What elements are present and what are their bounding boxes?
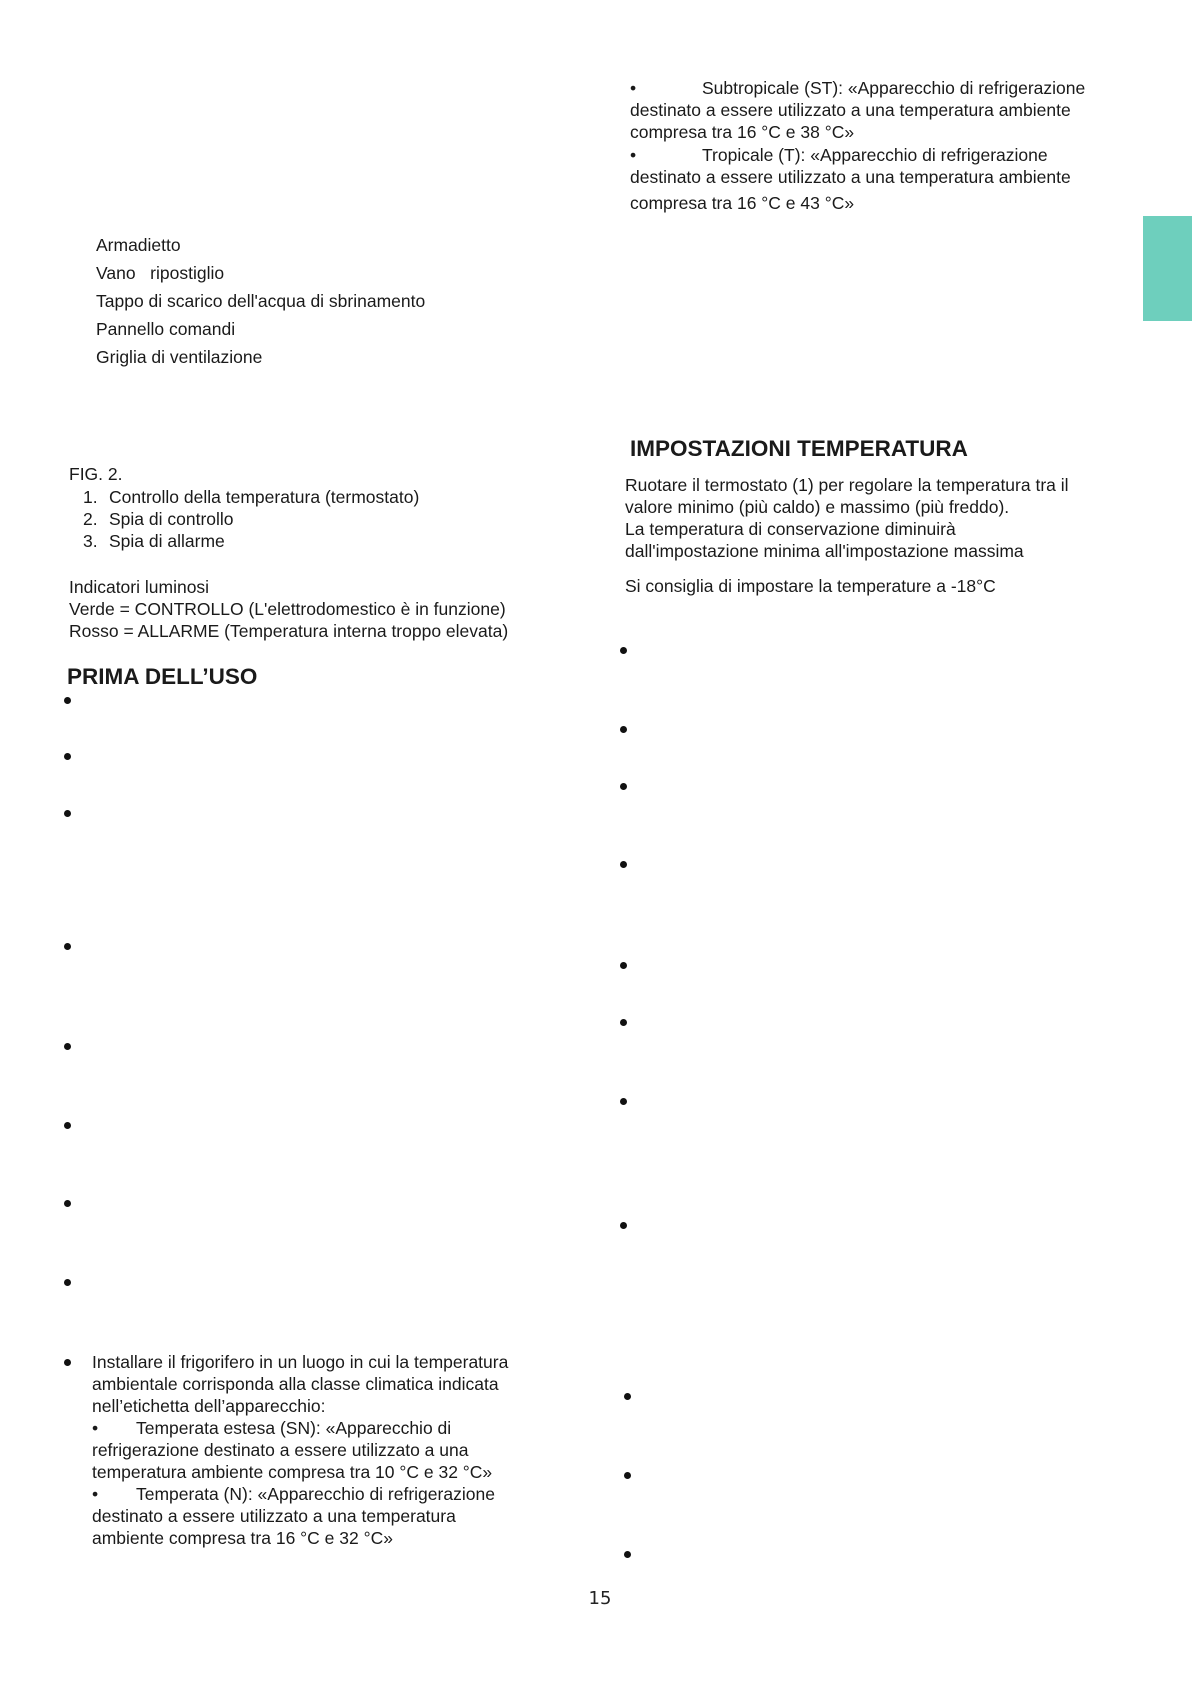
bullet-icon (620, 726, 627, 733)
fig2-item: 1.Controllo della temperatura (termostat… (83, 486, 419, 508)
indicator-red: Rosso = ALLARME (Temperatura interna tro… (69, 620, 508, 642)
part-item: Vano ripostiglio (96, 259, 425, 287)
climate-class-st: •Subtropicale (ST): «Apparecchio di refr… (630, 77, 1085, 99)
bullet-icon (620, 1098, 627, 1105)
bullet-icon (64, 810, 71, 817)
page-number: 15 (0, 1588, 1192, 1609)
bullet-icon (64, 1043, 71, 1050)
part-item: Griglia di ventilazione (96, 343, 425, 371)
indicators-title: Indicatori luminosi (69, 576, 209, 598)
section-heading-prima-uso: PRIMA DELL’USO (67, 664, 257, 690)
part-item: Armadietto (96, 231, 425, 259)
section-tab-marker (1143, 216, 1192, 321)
bullet-icon (64, 1279, 71, 1286)
part-item: Tappo di scarico dell'acqua di sbrinamen… (96, 287, 425, 315)
part-item: Pannello comandi (96, 315, 425, 343)
bullet-icon (624, 1551, 631, 1558)
fig2-legend: 1.Controllo della temperatura (termostat… (83, 486, 419, 552)
fig2-title: FIG. 2. (69, 463, 122, 485)
bullet-icon (620, 861, 627, 868)
bullet-icon (624, 1472, 631, 1479)
bullet-icon (620, 962, 627, 969)
climate-class-t: •Tropicale (T): «Apparecchio di refriger… (630, 144, 1048, 166)
bullet-icon (620, 1222, 627, 1229)
bullet-icon (64, 1359, 71, 1366)
climate-class-t-line2: destinato a essere utilizzato a una temp… (630, 166, 1071, 188)
climate-class-st-line3: compresa tra 16 °C e 38 °C» (630, 121, 854, 143)
climate-class-sn: •Temperata estesa (SN): «Apparecchio di (92, 1417, 508, 1439)
bullet-icon (64, 1122, 71, 1129)
indicator-green: Verde = CONTROLLO (L'elettrodomestico è … (69, 598, 506, 620)
bullet-icon (64, 753, 71, 760)
parts-list: Armadietto Vano ripostiglio Tappo di sca… (96, 231, 425, 371)
bullet-icon (620, 783, 627, 790)
climate-class-t-line3: compresa tra 16 °C e 43 °C» (630, 192, 854, 214)
climate-class-n: •Temperata (N): «Apparecchio di refriger… (92, 1483, 508, 1505)
bullet-icon (624, 1393, 631, 1400)
install-instructions: Installare il frigorifero in un luogo in… (92, 1351, 508, 1549)
bullet-icon (64, 943, 71, 950)
bullet-icon (620, 1019, 627, 1026)
bullet-icon (64, 697, 71, 704)
climate-class-st-line2: destinato a essere utilizzato a una temp… (630, 99, 1071, 121)
fig2-item: 2.Spia di controllo (83, 508, 419, 530)
recommended-temperature: Si consiglia di impostare la temperature… (625, 575, 996, 597)
fig2-item: 3.Spia di allarme (83, 530, 419, 552)
impostazioni-paragraph: Ruotare il termostato (1) per regolare l… (625, 474, 1069, 562)
section-heading-impostazioni: IMPOSTAZIONI TEMPERATURA (630, 436, 968, 462)
bullet-icon (64, 1200, 71, 1207)
bullet-icon (620, 647, 627, 654)
